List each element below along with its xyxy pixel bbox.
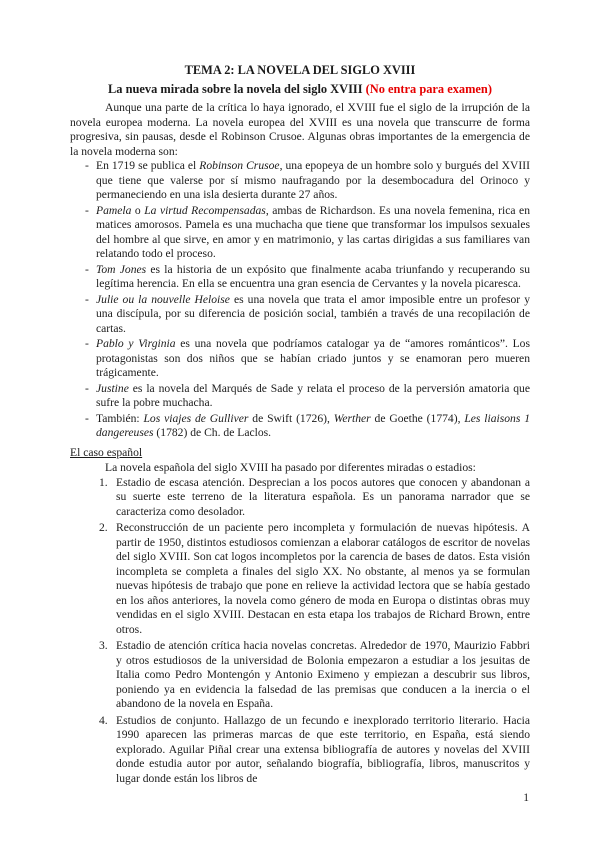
list-item: 2. Reconstrucción de un paciente pero in…: [70, 521, 530, 637]
list-number: 4.: [99, 714, 108, 729]
section-heading-el-caso-espanol: El caso español: [70, 446, 530, 461]
dash-bullet: -: [85, 337, 89, 352]
list-item-text: Tom Jones es la historia de un expósito …: [96, 263, 530, 291]
exam-note: (No entra para examen): [366, 82, 492, 96]
list-item-text: Estadio de escasa atención. Desprecian a…: [116, 476, 530, 518]
list-number: 2.: [99, 521, 108, 536]
list-item: - Pamela o La virtud Recompensadas, amba…: [70, 204, 530, 262]
list-item: - También: Los viajes de Gulliver de Swi…: [70, 412, 530, 441]
dash-bullet: -: [85, 382, 89, 397]
list-number: 3.: [99, 639, 108, 654]
list-item-text: Pamela o La virtud Recompensadas, ambas …: [96, 204, 530, 261]
page-title: TEMA 2: LA NOVELA DEL SIGLO XVIII: [70, 62, 530, 79]
list-item: - En 1719 se publica el Robinson Crusoe,…: [70, 159, 530, 203]
dash-bullet: -: [85, 263, 89, 278]
list-item: - Tom Jones es la historia de un expósit…: [70, 263, 530, 292]
intro-paragraph: Aunque una parte de la crítica lo haya i…: [70, 101, 530, 159]
document-page: TEMA 2: LA NOVELA DEL SIGLO XVIII La nue…: [0, 0, 600, 848]
dash-bullet: -: [85, 412, 89, 427]
dash-bullet: -: [85, 204, 89, 219]
page-subtitle: La nueva mirada sobre la novela del sigl…: [70, 81, 530, 98]
list-item-text: Estudios de conjunto. Hallazgo de un fec…: [116, 714, 530, 785]
stages-list: 1. Estadio de escasa atención. Desprecia…: [70, 476, 530, 787]
dash-bullet: -: [85, 293, 89, 308]
list-item-text: Estadio de atención crítica hacia novela…: [116, 639, 530, 710]
subtitle-text: La nueva mirada sobre la novela del sigl…: [108, 82, 363, 96]
list-item: 4. Estudios de conjunto. Hallazgo de un …: [70, 714, 530, 787]
list-item-text: En 1719 se publica el Robinson Crusoe, u…: [96, 159, 530, 201]
list-item-text: También: Los viajes de Gulliver de Swift…: [96, 412, 530, 440]
list-number: 1.: [99, 476, 108, 491]
list-item-text: Justine es la novela del Marqués de Sade…: [96, 382, 530, 410]
list-item-text: Julie ou la nouvelle Heloise es una nove…: [96, 293, 530, 335]
list-item: - Justine es la novela del Marqués de Sa…: [70, 382, 530, 411]
list-item-text: Pablo y Virginia es una novela que podrí…: [96, 337, 530, 379]
list-item: 1. Estadio de escasa atención. Desprecia…: [70, 476, 530, 520]
dash-bullet: -: [85, 159, 89, 174]
spanish-case-intro: La novela española del siglo XVIII ha pa…: [70, 461, 530, 476]
page-number: 1: [523, 791, 529, 806]
list-item: - Julie ou la nouvelle Heloise es una no…: [70, 293, 530, 337]
list-item: 3. Estadio de atención crítica hacia nov…: [70, 639, 530, 712]
list-item: - Pablo y Virginia es una novela que pod…: [70, 337, 530, 381]
important-works-list: - En 1719 se publica el Robinson Crusoe,…: [70, 159, 530, 441]
list-item-text: Reconstrucción de un paciente pero incom…: [116, 521, 530, 636]
